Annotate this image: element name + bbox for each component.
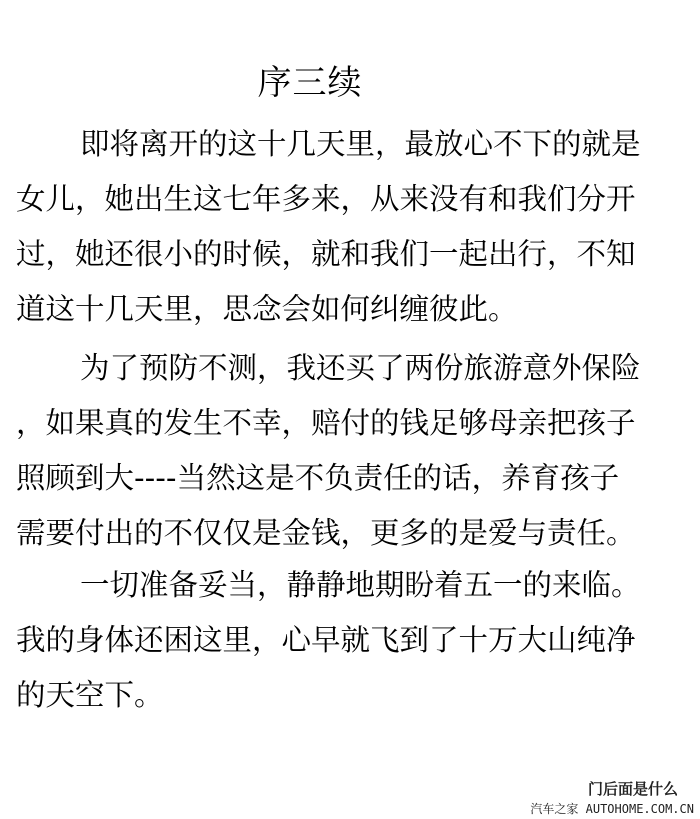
paragraph-line: 我的身体还困这里，心早就飞到了十万大山纯净 bbox=[16, 622, 636, 658]
watermark: 汽车之家 AUTOHOME.COM.CN bbox=[530, 800, 694, 817]
paragraph-line: 女儿，她出生这七年多来，从来没有和我们分开 bbox=[16, 181, 636, 217]
author-signature: 门后面是什么 bbox=[588, 778, 678, 799]
paragraph-line: 道这十几天里，思念会如何纠缠彼此。 bbox=[16, 291, 518, 327]
paragraph-line: ，如果真的发生不幸，赔付的钱足够母亲把孩子 bbox=[16, 405, 636, 441]
paragraph-line: 为了预防不测，我还买了两份旅游意外保险 bbox=[80, 350, 641, 386]
paragraph-line: 过，她还很小的时候，就和我们一起出行，不知 bbox=[16, 236, 636, 272]
paragraph-line: 需要付出的不仅仅是金钱，更多的是爱与责任。 bbox=[16, 515, 636, 551]
paragraph-line: 一切准备妥当，静静地期盼着五一的来临。 bbox=[80, 567, 641, 603]
paragraph-line: 照顾到大----当然这是不负责任的话，养育孩子 bbox=[16, 460, 619, 496]
paragraph-line: 即将离开的这十几天里，最放心不下的就是 bbox=[80, 126, 641, 162]
paragraph-line: 的天空下。 bbox=[16, 677, 164, 713]
page-title: 序三续 bbox=[0, 62, 620, 104]
